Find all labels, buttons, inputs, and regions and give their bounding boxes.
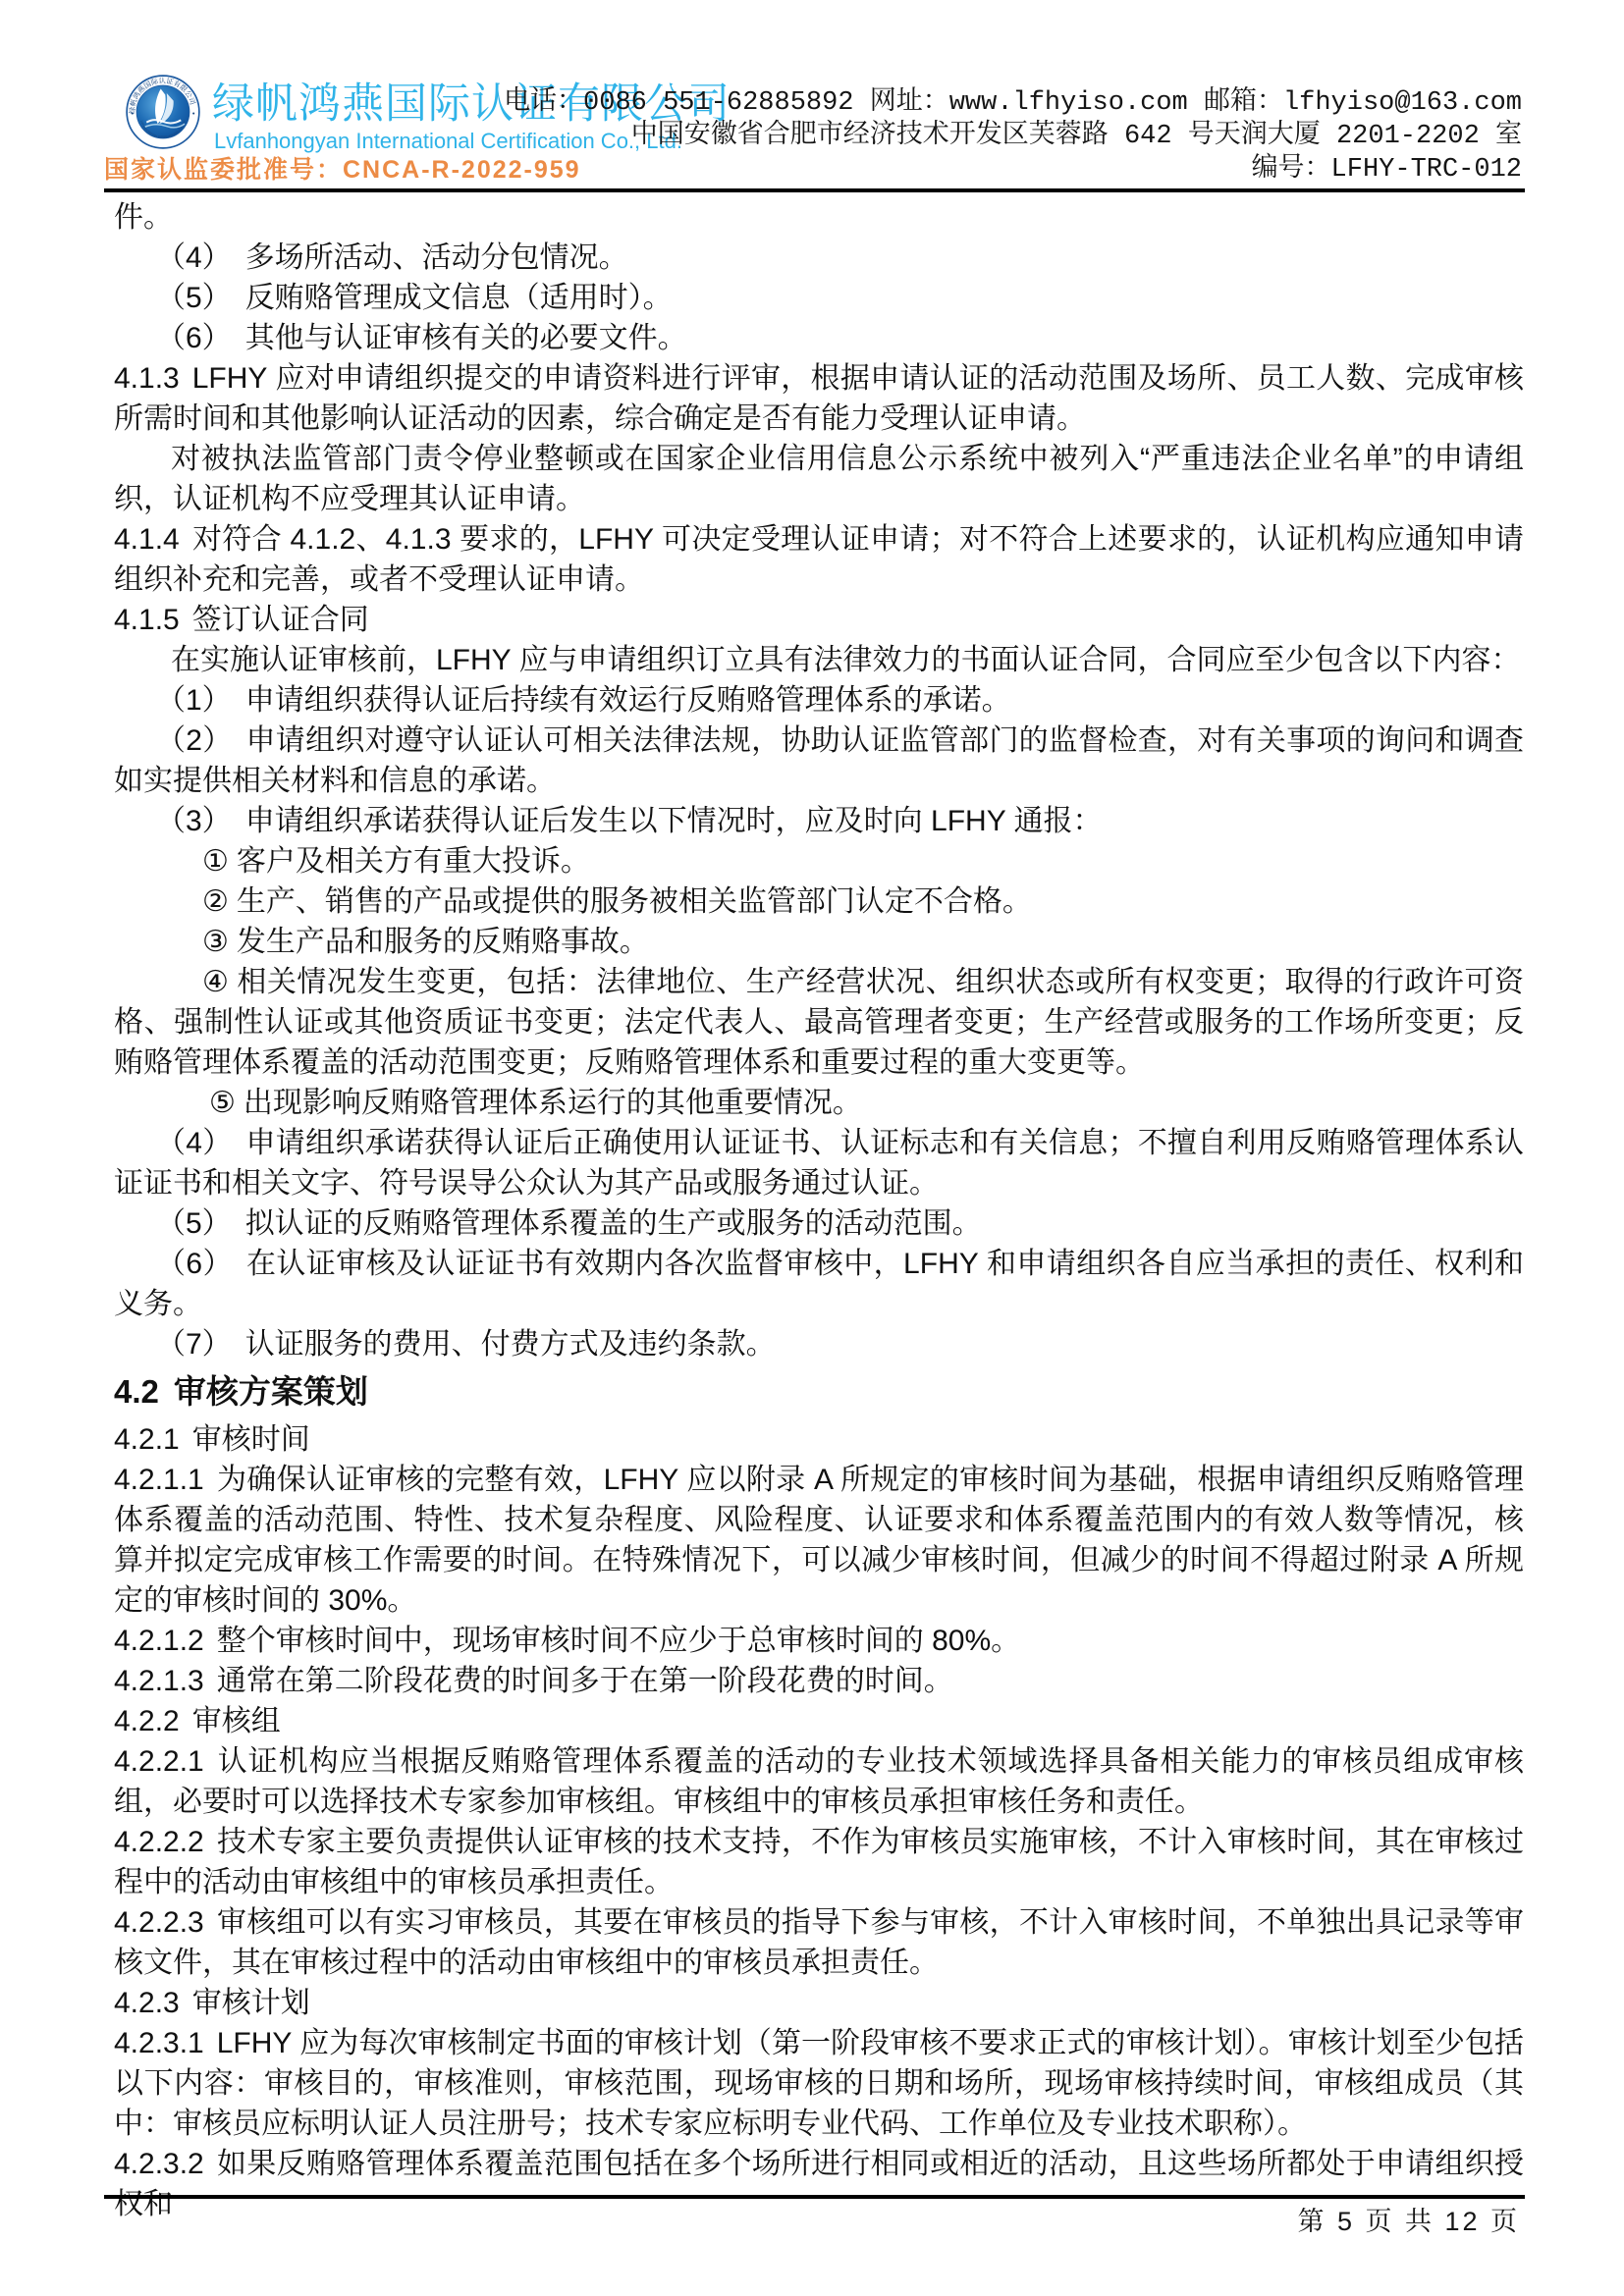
paragraph: 4.2.3.1LFHY 应为每次审核制定书面的审核计划（第一阶段审核不要求正式的…: [114, 2023, 1524, 2144]
paragraph: （6）在认证审核及认证证书有效期内各次监督审核中，LFHY 和申请组织各自应当承…: [114, 1244, 1524, 1324]
paragraph: 4.1.5签订认证合同: [114, 600, 1524, 640]
paragraph: 4.2.2审核组: [114, 1701, 1524, 1741]
paragraph: （5）拟认证的反贿赂管理体系覆盖的生产或服务的活动范围。: [114, 1203, 1524, 1244]
paragraph-text: 申请组织承诺获得认证后正确使用认证证书、认证标志和有关信息；不擅自利用反贿赂管理…: [114, 1127, 1524, 1200]
paragraph: （6）其他与认证审核有关的必要文件。: [114, 318, 1524, 358]
document-body: 件。（4）多场所活动、活动分包情况。（5）反贿赂管理成文信息（适用时）。（6）其…: [114, 197, 1524, 2224]
paragraph: （2）申请组织对遵守认证认可相关法律法规，协助认证监管部门的监督检查，对有关事项…: [114, 721, 1524, 801]
paragraph-text: 在认证审核及认证证书有效期内各次监督审核中，LFHY 和申请组织各自应当承担的责…: [114, 1248, 1524, 1320]
paragraph: ①客户及相关方有重大投诉。: [114, 841, 1524, 881]
clause-number: 4.2.2: [114, 1705, 180, 1737]
paragraph: （4）多场所活动、活动分包情况。: [114, 238, 1524, 278]
paragraph: ②生产、销售的产品或提供的服务被相关监管部门认定不合格。: [114, 881, 1524, 922]
list-label: ③: [202, 926, 229, 958]
paragraph: 对被执法监管部门责令停业整顿或在国家企业信用信息公示系统中被列入“严重违法企业名…: [114, 439, 1524, 519]
clause-number: 4.2.2.1: [114, 1745, 204, 1778]
paragraph: （3）申请组织承诺获得认证后发生以下情况时，应及时向 LFHY 通报：: [114, 801, 1524, 841]
paragraph: 4.1.3LFHY 应对申请组织提交的申请资料进行评审，根据申请认证的活动范围及…: [114, 358, 1524, 439]
clause-number: 4.2.2.2: [114, 1826, 204, 1858]
paragraph: 4.2.1.2整个审核时间中，现场审核时间不应少于总审核时间的 80%。: [114, 1621, 1524, 1661]
paragraph: ⑤出现影响反贿赂管理体系运行的其他重要情况。: [114, 1083, 1524, 1123]
paragraph: 4.2.3审核计划: [114, 1983, 1524, 2023]
paragraph-text: 技术专家主要负责提供认证审核的技术支持，不作为审核员实施审核，不计入审核时间，其…: [114, 1826, 1524, 1898]
clause-number: 4.2: [114, 1373, 159, 1410]
list-label: ②: [202, 885, 229, 918]
paragraph-text: 签订认证合同: [192, 604, 369, 636]
page-number: 第 5 页 共 12 页: [1297, 2205, 1520, 2238]
paragraph-text: 整个审核时间中，现场审核时间不应少于总审核时间的 80%。: [217, 1625, 1020, 1657]
list-label: （4）: [156, 241, 232, 274]
paragraph-text: 相关情况发生变更，包括：法律地位、生产经营状况、组织状态或所有权变更；取得的行政…: [114, 966, 1524, 1079]
paragraph: 件。: [114, 197, 1524, 238]
paragraph: 在实施认证审核前，LFHY 应与申请组织订立具有法律效力的书面认证合同，合同应至…: [114, 640, 1524, 680]
list-label: （6）: [156, 322, 232, 354]
paragraph-text: 其他与认证审核有关的必要文件。: [245, 322, 687, 354]
paragraph: 4.2.1审核时间: [114, 1419, 1524, 1460]
paragraph-text: 多场所活动、活动分包情况。: [245, 241, 628, 274]
clause-number: 4.2.1.1: [114, 1464, 204, 1496]
paragraph: 4.1.4对符合 4.1.2、4.1.3 要求的，LFHY 可决定受理认证申请；…: [114, 519, 1524, 600]
list-label: （1）: [156, 684, 232, 717]
paragraph-text: 审核方案策划: [174, 1373, 368, 1410]
section-heading: 4.2审核方案策划: [114, 1364, 1524, 1419]
paragraph: （5）反贿赂管理成文信息（适用时）。: [114, 278, 1524, 318]
paragraph-text: LFHY 应对申请组织提交的申请资料进行评审，根据申请认证的活动范围及场所、员工…: [114, 362, 1524, 435]
paragraph-text: 件。: [114, 201, 173, 234]
paragraph-text: 通常在第二阶段花费的时间多于在第一阶段花费的时间。: [217, 1665, 953, 1697]
list-label: （2）: [156, 724, 233, 757]
clause-number: 4.2.3.1: [114, 2027, 204, 2059]
document-page: 绿帆鸿燕国际认证有限公司 LVFANHONGYAN INTERNATIONAL …: [0, 0, 1624, 2296]
paragraph: （4）申请组织承诺获得认证后正确使用认证证书、认证标志和有关信息；不擅自利用反贿…: [114, 1123, 1524, 1203]
paragraph-text: 审核时间: [192, 1423, 310, 1456]
paragraph-text: 申请组织获得认证后持续有效运行反贿赂管理体系的承诺。: [245, 684, 1011, 717]
list-label: （5）: [156, 282, 232, 314]
company-logo: 绿帆鸿燕国际认证有限公司 LVFANHONGYAN INTERNATIONAL …: [126, 75, 200, 149]
paragraph-text: 申请组织承诺获得认证后发生以下情况时，应及时向 LFHY 通报：: [245, 805, 1103, 837]
paragraph: （1）申请组织获得认证后持续有效运行反贿赂管理体系的承诺。: [114, 680, 1524, 721]
paragraph-text: LFHY 应为每次审核制定书面的审核计划（第一阶段审核不要求正式的审核计划）。审…: [114, 2027, 1524, 2140]
paragraph-text: 审核计划: [192, 1987, 310, 2019]
paragraph: ④相关情况发生变更，包括：法律地位、生产经营状况、组织状态或所有权变更；取得的行…: [114, 962, 1524, 1083]
list-label: （5）: [156, 1207, 232, 1240]
paragraph-text: 认证服务的费用、付费方式及违约条款。: [245, 1328, 776, 1361]
clause-number: 4.2.1: [114, 1423, 180, 1456]
paragraph-text: 拟认证的反贿赂管理体系覆盖的生产或服务的活动范围。: [245, 1207, 982, 1240]
list-label: （6）: [156, 1248, 233, 1280]
clause-number: 4.1.5: [114, 604, 180, 636]
list-label: ①: [202, 845, 229, 878]
clause-number: 4.2.3: [114, 1987, 180, 2019]
clause-number: 4.1.3: [114, 362, 180, 395]
paragraph-text: 对符合 4.1.2、4.1.3 要求的，LFHY 可决定受理认证申请；对不符合上…: [114, 523, 1524, 596]
paragraph-text: 反贿赂管理成文信息（适用时）。: [245, 282, 673, 314]
clause-number: 4.2.1.3: [114, 1665, 204, 1697]
list-label: （7）: [156, 1328, 232, 1361]
paragraph-text: 审核组可以有实习审核员，其要在审核员的指导下参与审核，不计入审核时间，不单独出具…: [114, 1906, 1524, 1979]
paragraph-text: 发生产品和服务的反贿赂事故。: [237, 926, 649, 958]
paragraph: 4.2.1.3通常在第二阶段花费的时间多于在第一阶段花费的时间。: [114, 1661, 1524, 1701]
paragraph-text: 生产、销售的产品或提供的服务被相关监管部门认定不合格。: [237, 885, 1032, 918]
header-divider: [104, 188, 1525, 192]
paragraph-text: 为确保认证审核的完整有效，LFHY 应以附录 A 所规定的审核时间为基础，根据申…: [114, 1464, 1524, 1617]
clause-number: 4.2.1.2: [114, 1625, 204, 1657]
contact-line: 电话：0086 551-62885892 网址：www.lfhyiso.com …: [504, 86, 1522, 120]
paragraph: 4.2.2.3审核组可以有实习审核员，其要在审核员的指导下参与审核，不计入审核时…: [114, 1902, 1524, 1983]
paragraph-text: 申请组织对遵守认证认可相关法律法规，协助认证监管部门的监督检查，对有关事项的询问…: [114, 724, 1524, 797]
list-label: ④: [202, 966, 229, 998]
list-label: （3）: [156, 805, 232, 837]
paragraph-text: 在实施认证审核前，LFHY 应与申请组织订立具有法律效力的书面认证合同，合同应至…: [171, 644, 1520, 676]
contact-block: 电话：0086 551-62885892 网址：www.lfhyiso.com …: [504, 86, 1522, 187]
paragraph: 4.2.2.2技术专家主要负责提供认证审核的技术支持，不作为审核员实施审核，不计…: [114, 1822, 1524, 1902]
clause-number: 4.2.3.2: [114, 2148, 204, 2180]
paragraph-text: 审核组: [192, 1705, 281, 1737]
doc-number: 编号：LFHY-TRC-012: [504, 153, 1522, 187]
address-line: 中国安徽省合肥市经济技术开发区芙蓉路 642 号天润大厦 2201-2202 室: [504, 120, 1522, 153]
list-label: （4）: [156, 1127, 233, 1159]
clause-number: 4.1.4: [114, 523, 180, 556]
paragraph: ③发生产品和服务的反贿赂事故。: [114, 922, 1524, 962]
paragraph-text: 认证机构应当根据反贿赂管理体系覆盖的活动的专业技术领域选择具备相关能力的审核员组…: [114, 1745, 1524, 1818]
paragraph-text: 出现影响反贿赂管理体系运行的其他重要情况。: [244, 1087, 862, 1119]
paragraph-text: 对被执法监管部门责令停业整顿或在国家企业信用信息公示系统中被列入“严重违法企业名…: [114, 443, 1524, 515]
paragraph-text: 客户及相关方有重大投诉。: [237, 845, 590, 878]
paragraph: 4.2.1.1为确保认证审核的完整有效，LFHY 应以附录 A 所规定的审核时间…: [114, 1460, 1524, 1621]
list-label: ⑤: [209, 1087, 236, 1119]
footer-divider: [104, 2195, 1525, 2199]
clause-number: 4.2.2.3: [114, 1906, 204, 1939]
paragraph: （7）认证服务的费用、付费方式及违约条款。: [114, 1324, 1524, 1364]
paragraph: 4.2.2.1认证机构应当根据反贿赂管理体系覆盖的活动的专业技术领域选择具备相关…: [114, 1741, 1524, 1822]
